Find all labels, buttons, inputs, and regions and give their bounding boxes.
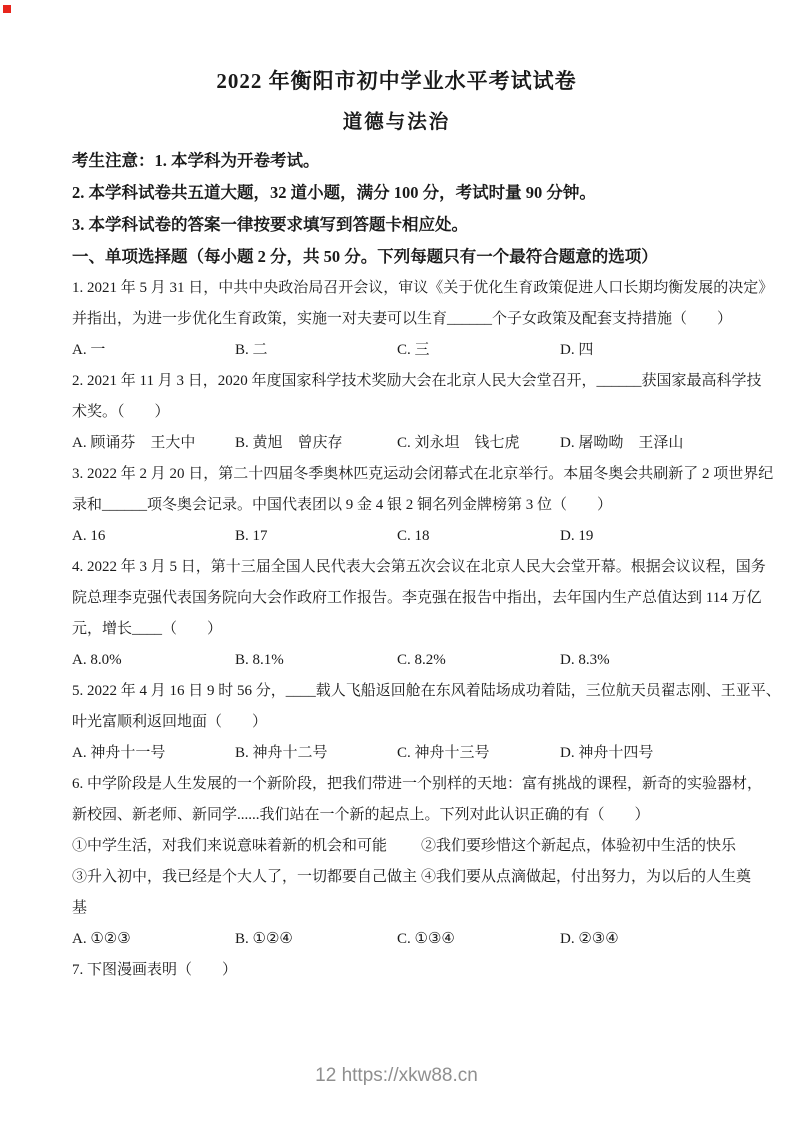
question-3-text-line: 3. 2022 年 2 月 20 日，第二十四届冬季奥林匹克运动会闭幕式在北京举… [72, 459, 727, 490]
option-c: C. 8.2% [397, 645, 560, 676]
option-b: B. 二 [235, 335, 397, 366]
question-6: 6. 中学阶段是人生发展的一个新阶段，把我们带进一个别样的天地：富有挑战的课程，… [72, 769, 727, 955]
notice-line-3: 3. 本学科试卷的答案一律按要求填写到答题卡相应处。 [72, 209, 727, 241]
question-6-statements-3-4: ③升入初中，我已经是个大人了，一切都要自己做主 ④我们要从点滴做起，付出努力，为… [72, 862, 727, 893]
exam-paper-page: 2022 年衡阳市初中学业水平考试试卷 道德与法治 考生注意：1. 本学科为开卷… [0, 0, 793, 1122]
option-d: D. 19 [560, 521, 727, 552]
question-4: 4. 2022 年 3 月 5 日，第十三届全国人民代表大会第五次会议在北京人民… [72, 552, 727, 676]
statement-2: ②我们要珍惜这个新起点，体验初中生活的快乐 [421, 831, 736, 862]
option-c: C. 18 [397, 521, 560, 552]
option-b: B. 17 [235, 521, 397, 552]
option-a: A. 神舟十一号 [72, 738, 235, 769]
option-c: C. ①③④ [397, 924, 560, 955]
candidate-notices: 考生注意：1. 本学科为开卷考试。 2. 本学科试卷共五道大题，32 道小题，满… [72, 145, 727, 241]
option-d: D. 四 [560, 335, 727, 366]
option-c: C. 神舟十三号 [397, 738, 560, 769]
question-6-statements-1-2: ①中学生活，对我们来说意味着新的机会和可能 ②我们要珍惜这个新起点，体验初中生活… [72, 831, 727, 862]
question-5-options: A. 神舟十一号 B. 神舟十二号 C. 神舟十三号 D. 神舟十四号 [72, 738, 727, 769]
question-6-text-line: 新校园、新老师、新同学......我们站在一个新的起点上。下列对此认识正确的有（… [72, 800, 727, 831]
statement-4: ④我们要从点滴做起，付出努力，为以后的人生奠 [421, 862, 751, 893]
notice-line-2: 2. 本学科试卷共五道大题，32 道小题，满分 100 分，考试时量 90 分钟… [72, 177, 727, 209]
question-3-options: A. 16 B. 17 C. 18 D. 19 [72, 521, 727, 552]
option-a: A. ①②③ [72, 924, 235, 955]
statement-1: ①中学生活，对我们来说意味着新的机会和可能 [72, 831, 421, 862]
exam-body: 考生注意：1. 本学科为开卷考试。 2. 本学科试卷共五道大题，32 道小题，满… [0, 145, 793, 986]
question-4-text-line: 院总理李克强代表国务院向大会作政府工作报告。李克强在报告中指出，去年国内生产总值… [72, 583, 727, 614]
option-b: B. 神舟十二号 [235, 738, 397, 769]
subject-title: 道德与法治 [0, 96, 793, 137]
question-5-text-line: 叶光富顺利返回地面（ ） [72, 707, 727, 738]
option-d: D. 神舟十四号 [560, 738, 727, 769]
red-corner-marker [3, 5, 11, 13]
question-1-text-line: 并指出，为进一步优化生育政策，实施一对夫妻可以生育______个子女政策及配套支… [72, 304, 727, 335]
question-1-text-line: 1. 2021 年 5 月 31 日，中共中央政治局召开会议，审议《关于优化生育… [72, 273, 727, 304]
question-7: 7. 下图漫画表明（ ） [72, 955, 727, 986]
question-4-text-line: 元，增长____（ ） [72, 614, 727, 645]
question-4-text-line: 4. 2022 年 3 月 5 日，第十三届全国人民代表大会第五次会议在北京人民… [72, 552, 727, 583]
option-d: D. ②③④ [560, 924, 727, 955]
section-1-heading: 一、单项选择题（每小题 2 分，共 50 分。下列每题只有一个最符合题意的选项） [72, 241, 727, 273]
option-a: A. 8.0% [72, 645, 235, 676]
footer-watermark: 12 https://xkw88.cn [0, 1064, 793, 1088]
question-1-options: A. 一 B. 二 C. 三 D. 四 [72, 335, 727, 366]
question-5: 5. 2022 年 4 月 16 日 9 时 56 分，____载人飞船返回舱在… [72, 676, 727, 769]
notice-line-1: 考生注意：1. 本学科为开卷考试。 [72, 145, 727, 177]
question-3: 3. 2022 年 2 月 20 日，第二十四届冬季奥林匹克运动会闭幕式在北京举… [72, 459, 727, 552]
option-b: B. ①②④ [235, 924, 397, 955]
option-d: D. 屠呦呦 王泽山 [560, 428, 727, 459]
option-d: D. 8.3% [560, 645, 727, 676]
question-4-options: A. 8.0% B. 8.1% C. 8.2% D. 8.3% [72, 645, 727, 676]
question-1: 1. 2021 年 5 月 31 日，中共中央政治局召开会议，审议《关于优化生育… [72, 273, 727, 366]
question-2-options: A. 顾诵芬 王大中 B. 黄旭 曾庆存 C. 刘永坦 钱七虎 D. 屠呦呦 王… [72, 428, 727, 459]
option-b: B. 黄旭 曾庆存 [235, 428, 397, 459]
statement-3: ③升入初中，我已经是个大人了，一切都要自己做主 [72, 862, 421, 893]
exam-title: 2022 年衡阳市初中学业水平考试试卷 [0, 0, 793, 96]
question-7-text-line: 7. 下图漫画表明（ ） [72, 955, 727, 986]
question-6-overflow-char: 基 [72, 893, 727, 924]
question-6-options: A. ①②③ B. ①②④ C. ①③④ D. ②③④ [72, 924, 727, 955]
option-a: A. 一 [72, 335, 235, 366]
question-3-text-line: 录和______项冬奥会记录。中国代表团以 9 金 4 银 2 铜名列金牌榜第 … [72, 490, 727, 521]
option-c: C. 三 [397, 335, 560, 366]
question-6-text-line: 6. 中学阶段是人生发展的一个新阶段，把我们带进一个别样的天地：富有挑战的课程，… [72, 769, 727, 800]
question-2: 2. 2021 年 11 月 3 日，2020 年度国家科学技术奖励大会在北京人… [72, 366, 727, 459]
question-5-text-line: 5. 2022 年 4 月 16 日 9 时 56 分，____载人飞船返回舱在… [72, 676, 727, 707]
question-2-text-line: 术奖。（ ） [72, 397, 727, 428]
option-a: A. 16 [72, 521, 235, 552]
option-a: A. 顾诵芬 王大中 [72, 428, 235, 459]
option-c: C. 刘永坦 钱七虎 [397, 428, 560, 459]
option-b: B. 8.1% [235, 645, 397, 676]
question-2-text-line: 2. 2021 年 11 月 3 日，2020 年度国家科学技术奖励大会在北京人… [72, 366, 727, 397]
